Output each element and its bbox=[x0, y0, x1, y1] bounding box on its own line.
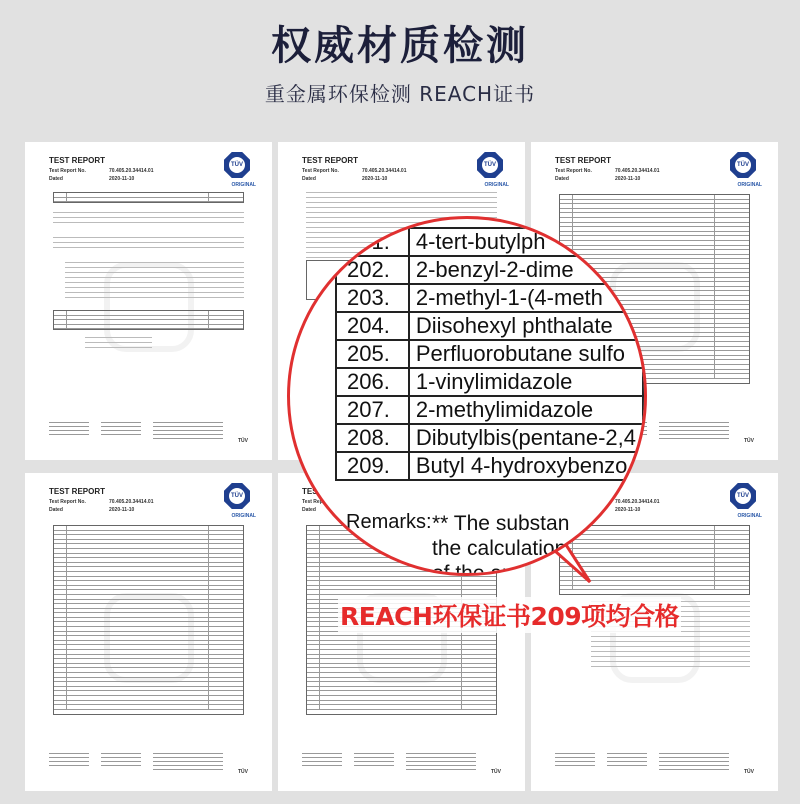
substance-row: 208.Dibutylbis(pentane-2,4 bbox=[336, 424, 643, 452]
report-meta: Test Report No.70.405.20.34414.01Dated20… bbox=[49, 167, 86, 183]
substance-row: 203.2-methyl-1-(4-meth bbox=[336, 284, 643, 312]
substance-row: 209.Butyl 4-hydroxybenzo bbox=[336, 452, 643, 480]
report-heading: TEST REPORT bbox=[49, 487, 105, 496]
test-report-page: TEST REPORTTest Report No.70.405.20.3441… bbox=[25, 142, 272, 460]
substance-table-zoomed: 201.4-tert-butylph202.2-benzyl-2-dime203… bbox=[335, 227, 644, 481]
report-meta: Test Report No.70.405.20.34414.01Dated20… bbox=[302, 167, 339, 183]
original-label: ORIGINAL bbox=[232, 182, 256, 188]
remarks-text: ** The substanthe calculationof the anal… bbox=[432, 511, 578, 576]
report-footer: TÜV bbox=[49, 422, 248, 438]
report-heading: TEST REPORT bbox=[555, 156, 611, 165]
report-footer: TÜV bbox=[302, 753, 501, 769]
report-footer: TÜV bbox=[49, 753, 248, 769]
tuv-logo-icon: TÜV bbox=[224, 483, 250, 509]
original-label: ORIGINAL bbox=[738, 513, 762, 519]
reach-pass-caption: REACH环保证书209项均合格 bbox=[338, 597, 681, 633]
magnifier-callout: 201.4-tert-butylph202.2-benzyl-2-dime203… bbox=[287, 216, 647, 576]
page-subtitle: 重金属环保检测 REACH证书 bbox=[0, 78, 800, 107]
tuv-logo-icon: TÜV bbox=[224, 152, 250, 178]
report-heading: TEST REPORT bbox=[49, 156, 105, 165]
report-footer: TÜV bbox=[555, 753, 754, 769]
substance-row: 201.4-tert-butylph bbox=[336, 228, 643, 256]
tuv-logo-icon: TÜV bbox=[730, 152, 756, 178]
report-meta: Test Report No.70.405.20.34414.01Dated20… bbox=[49, 498, 86, 514]
substance-row: 204.Diisohexyl phthalate bbox=[336, 312, 643, 340]
test-report-page: TEST REPORTTest Report No.70.405.20.3441… bbox=[25, 473, 272, 791]
original-label: ORIGINAL bbox=[485, 182, 509, 188]
tuv-logo-icon: TÜV bbox=[477, 152, 503, 178]
remarks-label: Remarks: bbox=[346, 511, 432, 534]
substance-row: 205.Perfluorobutane sulfo bbox=[336, 340, 643, 368]
tuv-logo-icon: TÜV bbox=[730, 483, 756, 509]
report-meta: Test Report No.70.405.20.34414.01Dated20… bbox=[555, 167, 592, 183]
report-heading: TEST REPORT bbox=[302, 156, 358, 165]
original-label: ORIGINAL bbox=[738, 182, 762, 188]
substance-row: 206.1-vinylimidazole bbox=[336, 368, 643, 396]
substance-row: 202.2-benzyl-2-dime bbox=[336, 256, 643, 284]
page-title: 权威材质检测 bbox=[0, 14, 800, 71]
original-label: ORIGINAL bbox=[232, 513, 256, 519]
substance-row: 207.2-methylimidazole bbox=[336, 396, 643, 424]
